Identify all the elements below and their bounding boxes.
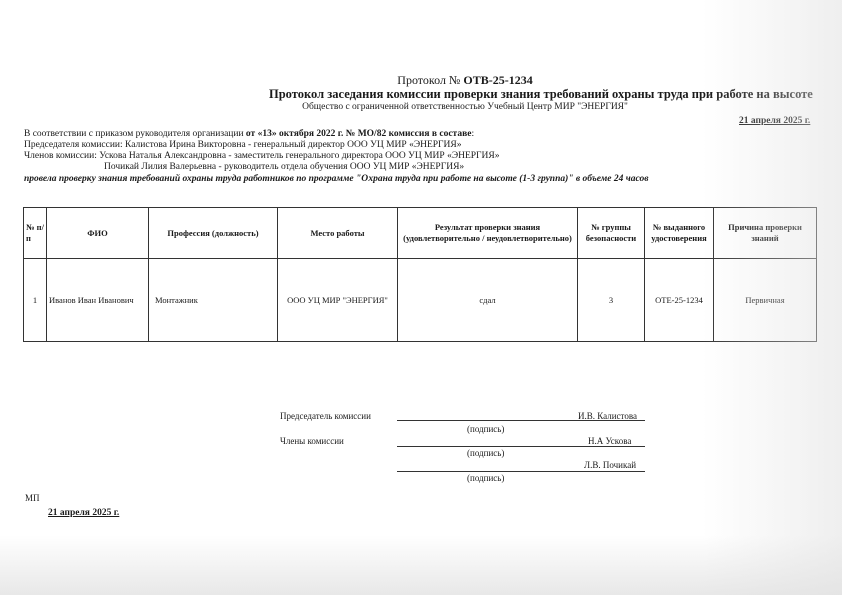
protocol-number: ОТВ-25-1234 bbox=[463, 73, 532, 87]
col-header-result: Результат проверки знания (удовлетворите… bbox=[398, 208, 578, 259]
protocol-title: Протокол заседания комиссии проверки зна… bbox=[269, 87, 813, 102]
member2-line: Почикай Лилия Валерьевна - руководитель … bbox=[24, 162, 648, 173]
cell-num: 1 bbox=[24, 259, 47, 342]
chairman-line: Председателя комиссии: Калистова Ирина В… bbox=[24, 140, 648, 151]
member2-sign-caption: (подпись) bbox=[467, 473, 504, 483]
stamp-placeholder: МП bbox=[25, 493, 40, 503]
protocol-date: 21 апреля 2025 г. bbox=[739, 116, 810, 126]
col-header-num: № п/п bbox=[24, 208, 47, 259]
table-header-row: № п/п ФИО Профессия (должность) Место ра… bbox=[24, 208, 817, 259]
col-header-fio: ФИО bbox=[47, 208, 149, 259]
order-suffix: : bbox=[471, 129, 474, 139]
page-shadow-bottom bbox=[0, 535, 842, 595]
member1-line: Членов комиссии: Ускова Наталья Александ… bbox=[24, 151, 648, 162]
order-prefix: В соответствии с приказом руководителя о… bbox=[24, 129, 246, 139]
cell-result: сдал bbox=[398, 259, 578, 342]
cell-group: 3 bbox=[578, 259, 645, 342]
chairman-sign-caption: (подпись) bbox=[467, 424, 504, 434]
members-label: Члены комиссии bbox=[280, 436, 344, 446]
member1-name: Н.А Ускова bbox=[588, 436, 631, 446]
order-details: от «13» октября 2022 г. № МО/82 комиссия… bbox=[246, 129, 472, 139]
protocol-label: Протокол № bbox=[397, 73, 463, 87]
col-header-group: № группы безопасности bbox=[578, 208, 645, 259]
cell-workplace: ООО УЦ МИР "ЭНЕРГИЯ" bbox=[278, 259, 398, 342]
organization-name: Общество с ограниченной ответственностью… bbox=[0, 102, 842, 112]
intro-block: В соответствии с приказом руководителя о… bbox=[24, 129, 648, 185]
protocol-heading: Протокол № ОТВ-25-1234 bbox=[0, 73, 842, 88]
member2-name: Л.В. Почикай bbox=[584, 460, 636, 470]
col-header-profession: Профессия (должность) bbox=[149, 208, 278, 259]
order-reference: В соответствии с приказом руководителя о… bbox=[24, 129, 648, 140]
table-row: 1 Иванов Иван Иванович Монтажник ООО УЦ … bbox=[24, 259, 817, 342]
footer-date: 21 апреля 2025 г. bbox=[48, 508, 119, 518]
results-table: № п/п ФИО Профессия (должность) Место ра… bbox=[23, 207, 817, 342]
chairman-label: Председатель комиссии bbox=[280, 411, 371, 421]
cell-fio: Иванов Иван Иванович bbox=[47, 259, 149, 342]
col-header-workplace: Место работы bbox=[278, 208, 398, 259]
col-header-reason: Причина проверки знаний bbox=[714, 208, 817, 259]
member1-sign-caption: (подпись) bbox=[467, 448, 504, 458]
cell-certificate: ОТЕ-25-1234 bbox=[645, 259, 714, 342]
program-line: провела проверку знания требований охран… bbox=[24, 174, 648, 185]
cell-profession: Монтажник bbox=[149, 259, 278, 342]
chairman-name: И.В. Калистова bbox=[578, 411, 637, 421]
cell-reason: Первичная bbox=[714, 259, 817, 342]
col-header-certificate: № выданного удостоверения bbox=[645, 208, 714, 259]
